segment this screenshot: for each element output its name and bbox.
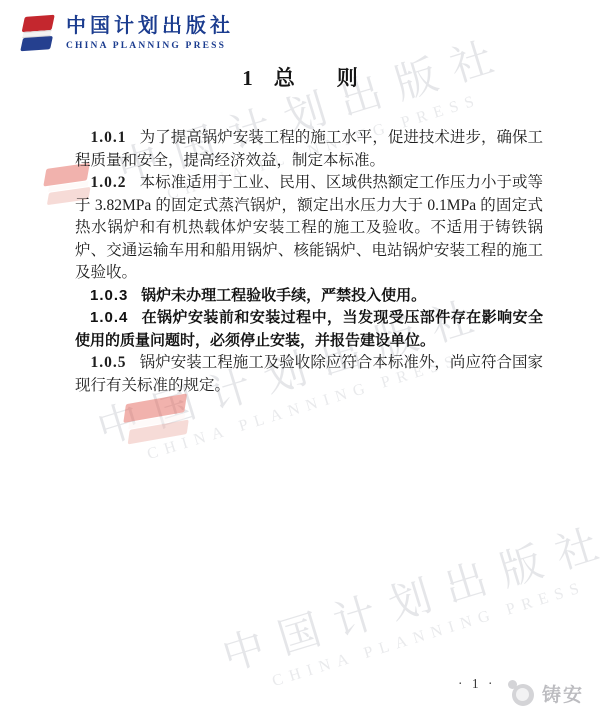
clause-number: 1.0.1: [91, 129, 127, 146]
watermark-cn-text: 中国计划出版社: [160, 491, 600, 700]
clause-1-0-2: 1.0.2本标准适用于工业、民用、区域供热额定工作压力小于或等于 3.82MPa…: [75, 172, 543, 285]
clause-text: 在锅炉安装前和安装过程中，当发现受压部件存在影响安全使用的质量问题时，必须停止安…: [75, 309, 543, 349]
clause-number: 1.0.2: [91, 174, 127, 191]
clause-text: 为了提高锅炉安装工程的施工水平，促进技术进步，确保工程质量和安全，提高经济效益，…: [75, 129, 543, 169]
clause-1-0-3: 1.0.3锅炉未办理工程验收手续，严禁投入使用。: [75, 285, 543, 308]
clause-text: 锅炉未办理工程验收手续，严禁投入使用。: [141, 287, 426, 304]
clause-1-0-1: 1.0.1为了提高锅炉安装工程的施工水平，促进技术进步，确保工程质量和安全，提高…: [75, 127, 543, 172]
clause-number: 1.0.5: [91, 354, 127, 371]
clause-1-0-5: 1.0.5锅炉安装工程施工及验收除应符合本标准外，尚应符合国家现行有关标准的规定…: [75, 352, 543, 397]
clause-text: 本标准适用于工业、民用、区域供热额定工作压力小于或等于 3.82MPa 的固定式…: [75, 174, 543, 281]
stacked-books-icon: [19, 15, 58, 55]
book-logo-watermark: [123, 394, 191, 444]
chapter-title: 1 总 则: [0, 62, 600, 92]
clause-text: 锅炉安装工程施工及验收除应符合本标准外，尚应符合国家现行有关标准的规定。: [75, 354, 543, 394]
publisher-logo: 中国计划出版社 CHINA PLANNING PRESS: [20, 14, 234, 54]
page-number: · 1 ·: [458, 676, 496, 692]
publisher-name-en: CHINA PLANNING PRESS: [66, 40, 234, 53]
publisher-name-cn: 中国计划出版社: [66, 14, 234, 38]
clause-1-0-4: 1.0.4在锅炉安装前和安装过程中，当发现受压部件存在影响安全使用的质量问题时，…: [75, 307, 543, 352]
corner-watermark: 铸安: [508, 680, 584, 707]
mascot-icon: [508, 680, 535, 707]
corner-watermark-text: 铸安: [542, 680, 584, 707]
document-body: 1.0.1为了提高锅炉安装工程的施工水平，促进技术进步，确保工程质量和安全，提高…: [75, 127, 543, 397]
clause-number: 1.0.3: [90, 287, 128, 304]
clause-number: 1.0.4: [90, 309, 128, 326]
